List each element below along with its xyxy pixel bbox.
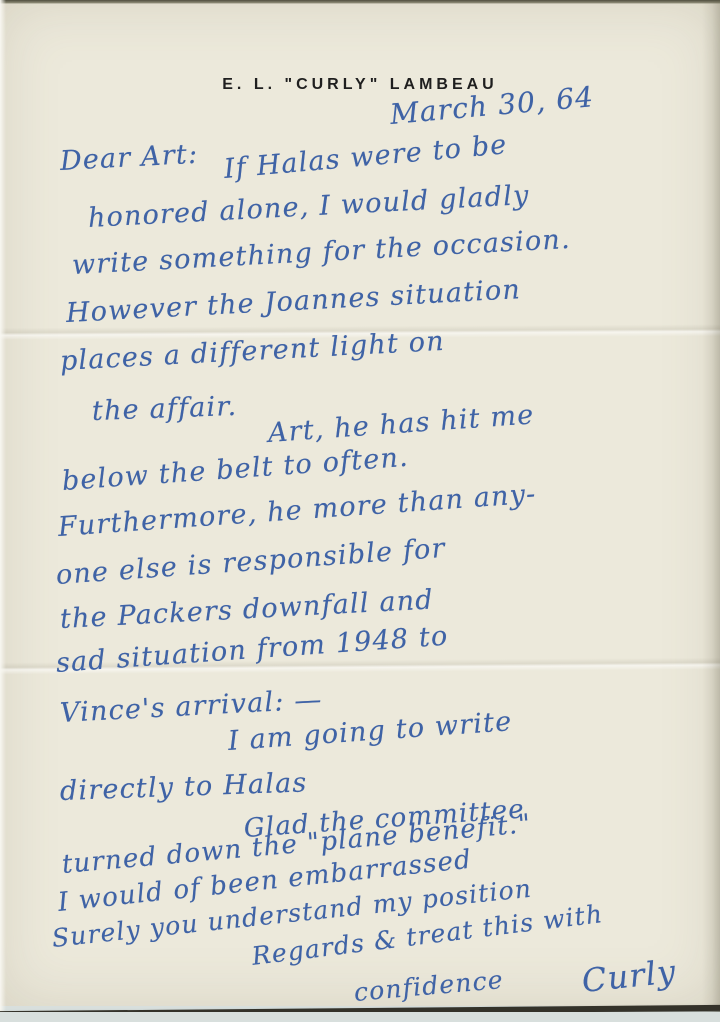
handwritten-line: the affair. [91, 391, 237, 427]
scan-left-edge [0, 0, 6, 1022]
letterhead-name: E. L. "CURLY" LAMBEAU [0, 76, 720, 94]
scan-right-shadow [702, 0, 720, 1022]
scanned-letter-page: E. L. "CURLY" LAMBEAU March 30, 64 Dear … [0, 0, 720, 1022]
scanner-background [0, 1012, 720, 1022]
scan-top-edge [0, 0, 720, 4]
